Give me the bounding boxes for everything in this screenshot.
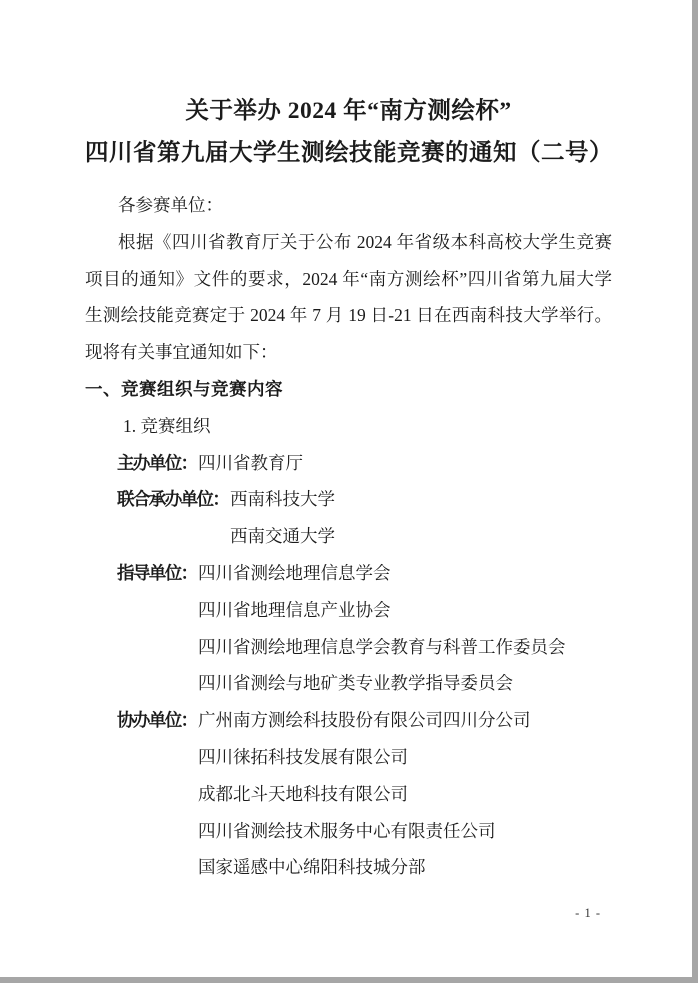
salutation: 各参赛单位：	[118, 187, 612, 224]
org-value-supporter-3: 成都北斗天地科技有限公司	[198, 776, 612, 813]
doc-title-line2: 四川省第九届大学生测绘技能竞赛的通知（二号）	[85, 138, 612, 168]
org-value-supporter-4: 四川省测绘技术服务中心有限责任公司	[198, 813, 612, 850]
document-body: 各参赛单位： 根据《四川省教育厅关于公布 2024 年省级本科高校大学生竞赛项目…	[85, 187, 612, 886]
org-label-coorganizer: 联合承办单位：	[117, 481, 230, 518]
org-value-supporter-5: 国家遥感中心绵阳科技城分部	[198, 849, 612, 886]
org-value-advisor-4: 四川省测绘与地矿类专业教学指导委员会	[198, 665, 612, 702]
org-label-advisor: 指导单位：	[117, 555, 198, 592]
org-value-advisor-2: 四川省地理信息产业协会	[198, 592, 612, 629]
subsection-heading-1: 1. 竞赛组织	[123, 408, 612, 445]
intro-paragraph: 根据《四川省教育厅关于公布 2024 年省级本科高校大学生竞赛项目的通知》文件的…	[85, 224, 612, 371]
page-edge-bottom	[0, 977, 698, 983]
page-edge-right	[692, 0, 698, 983]
org-row-advisor: 指导单位：四川省测绘地理信息学会	[117, 555, 612, 592]
org-row-supporter: 协办单位：广州南方测绘科技股份有限公司四川分公司	[117, 702, 612, 739]
section-heading-1: 一、竞赛组织与竞赛内容	[85, 371, 612, 408]
document-page: { "document": { "title_line1": "关于举办 202…	[0, 0, 698, 983]
org-value-host: 四川省教育厅	[198, 453, 303, 473]
org-value-supporter-2: 四川徕拓科技发展有限公司	[198, 739, 612, 776]
org-value-advisor-1: 四川省测绘地理信息学会	[198, 563, 391, 583]
org-label-host: 主办单位：	[117, 445, 198, 482]
org-value-coorganizer-2: 西南交通大学	[230, 518, 612, 555]
org-value-coorganizer-1: 西南科技大学	[230, 489, 335, 509]
org-row-host: 主办单位：四川省教育厅	[117, 445, 612, 482]
org-value-supporter-1: 广州南方测绘科技股份有限公司四川分公司	[198, 710, 531, 730]
page: 关于举办 2024 年“南方测绘杯” 四川省第九届大学生测绘技能竞赛的通知（二号…	[0, 0, 698, 983]
org-label-supporter: 协办单位：	[117, 702, 198, 739]
org-value-advisor-3: 四川省测绘地理信息学会教育与科普工作委员会	[198, 629, 612, 666]
document-content: 关于举办 2024 年“南方测绘杯” 四川省第九届大学生测绘技能竞赛的通知（二号…	[0, 0, 698, 886]
doc-title-line1: 关于举办 2024 年“南方测绘杯”	[85, 96, 612, 126]
page-number: - 1 -	[575, 906, 601, 921]
org-row-coorganizer: 联合承办单位：西南科技大学	[117, 481, 612, 518]
